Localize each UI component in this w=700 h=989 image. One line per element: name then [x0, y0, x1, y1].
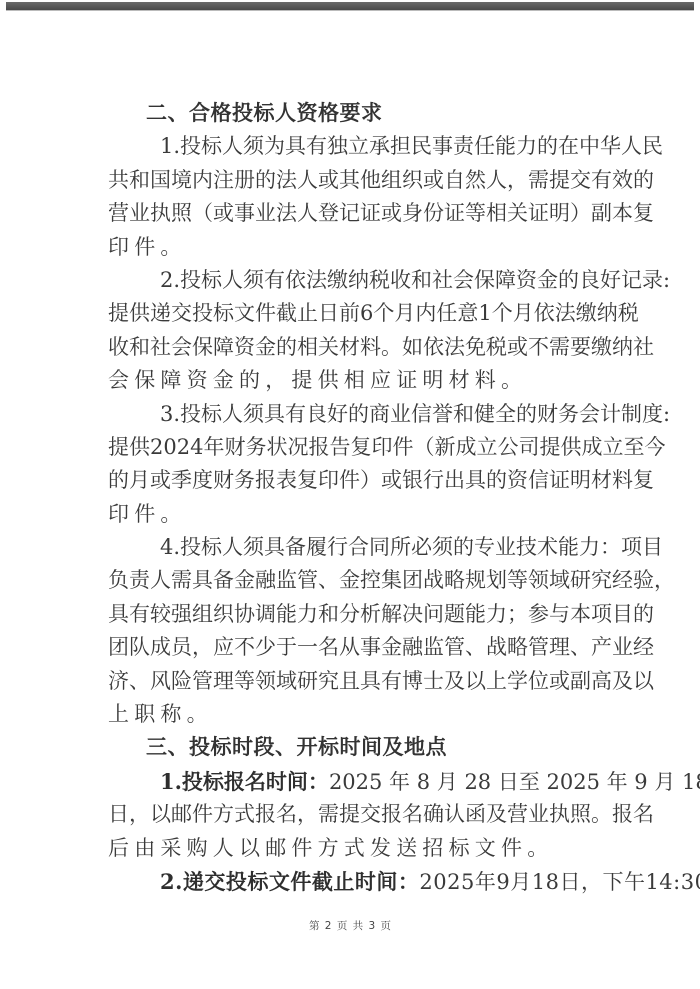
submission-deadline-label: 2.递交投标文件截止时间： — [160, 869, 419, 894]
paragraph-line: 上职称。 — [108, 698, 594, 731]
registration-time-label: 1.投标报名时间： — [160, 769, 329, 794]
paragraph-line: 会保障资金的，提供相应证明材料。 — [108, 364, 594, 397]
paragraph-line: 4.投标人须具备履行合同所必须的专业技术能力：项目 — [108, 531, 594, 564]
paragraph-line: 营业执照（或事业法人登记证或身份证等相关证明）副本复 — [108, 197, 594, 230]
paragraph-line: 济、风险管理等领域研究且具有博士及以上学位或副高及以 — [108, 665, 594, 698]
registration-time-value: 2025 年 8 月 28 日至 2025 年 9 月 18 — [329, 770, 700, 794]
submission-deadline-value: 2025年9月18日，下午14:30。 — [419, 870, 700, 894]
section-heading-qualifications: 二、合格投标人资格要求 — [108, 97, 594, 130]
paragraph-line: 收和社会保障资金的相关材料。如依法免税或不需要缴纳社 — [108, 331, 594, 364]
section-heading-bidding-schedule: 三、投标时段、开标时间及地点 — [108, 731, 594, 764]
paragraph-line: 团队成员，应不少于一名从事金融监管、战略管理、产业经 — [108, 631, 594, 664]
paragraph-line: 后由采购人以邮件方式发送招标文件。 — [108, 832, 594, 865]
paragraph-line: 负责人需具备金融监管、金控集团战略规划等领域研究经验， — [108, 564, 594, 597]
paragraph-line: 2.投标人须有依法缴纳税收和社会保障资金的良好记录: — [108, 264, 594, 297]
page-number-footer: 第 2 页 共 3 页 — [0, 918, 700, 933]
paragraph-line: 的月或季度财务报表复印件）或银行出具的资信证明材料复 — [108, 464, 594, 497]
paragraph-line: 提供2024年财务状况报告复印件（新成立公司提供成立至今 — [108, 431, 594, 464]
paragraph-line: 2.递交投标文件截止时间：2025年9月18日，下午14:30。 — [108, 865, 594, 898]
paragraph-line: 具有较强组织协调能力和分析解决问题能力；参与本项目的 — [108, 598, 594, 631]
scan-top-edge-bar — [6, 2, 694, 11]
paragraph-line: 1.投标报名时间：2025 年 8 月 28 日至 2025 年 9 月 18 — [108, 765, 594, 798]
paragraph-line: 印件。 — [108, 231, 594, 264]
paragraph-line: 日，以邮件方式报名，需提交报名确认函及营业执照。报名 — [108, 798, 594, 831]
paragraph-line: 印件。 — [108, 498, 594, 531]
paragraph-line: 3.投标人须具有良好的商业信誉和健全的财务会计制度: — [108, 398, 594, 431]
paragraph-line: 提供递交投标文件截止日前6个月内任意1个月依法缴纳税 — [108, 297, 594, 330]
document-page-body: 二、合格投标人资格要求 1.投标人须为具有独立承担民事责任能力的在中华人民 共和… — [108, 97, 594, 898]
paragraph-line: 1.投标人须为具有独立承担民事责任能力的在中华人民 — [108, 130, 594, 163]
paragraph-line: 共和国境内注册的法人或其他组织或自然人，需提交有效的 — [108, 164, 594, 197]
